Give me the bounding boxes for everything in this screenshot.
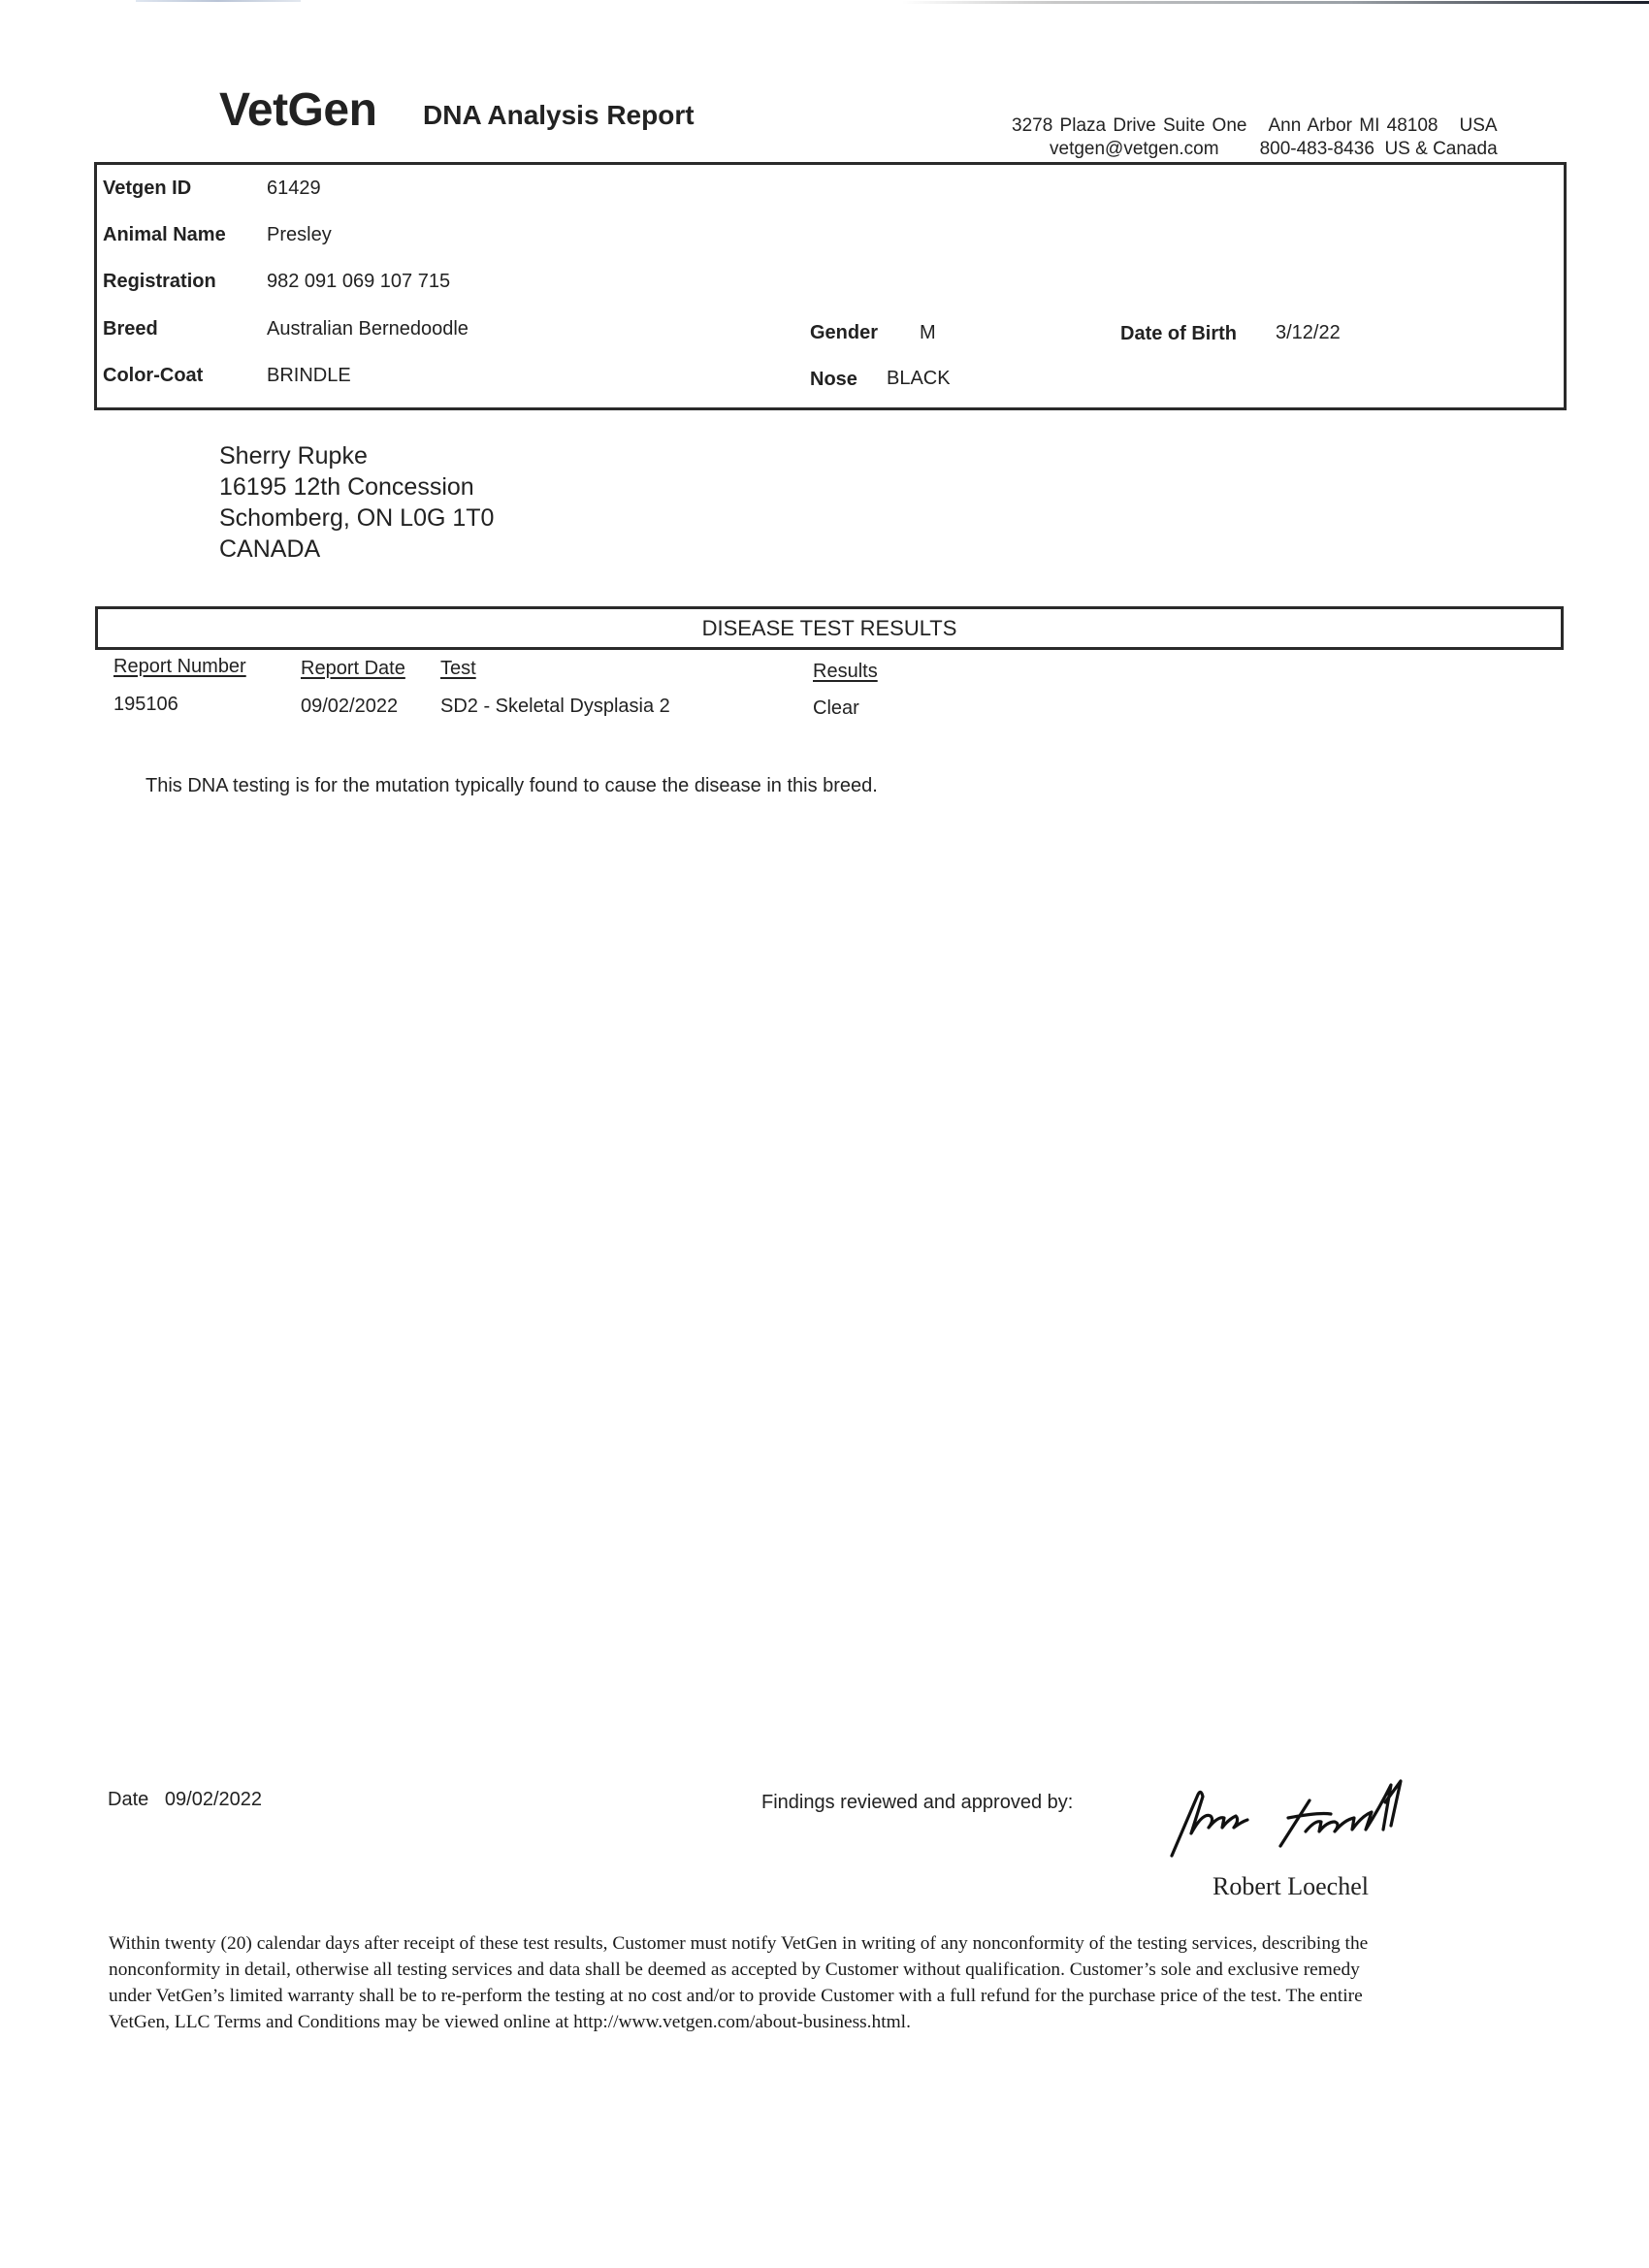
nose-value: BLACK (887, 368, 951, 390)
disease-results-title: DISEASE TEST RESULTS (702, 616, 957, 641)
company-email[interactable]: vetgen@vetgen.com (1050, 139, 1219, 159)
gender-label: Gender (810, 322, 878, 344)
col-header-results: Results (813, 661, 878, 683)
report-title: DNA Analysis Report (423, 100, 695, 131)
cell-report-number: 195106 (113, 694, 178, 716)
vetgen-id-label: Vetgen ID (103, 178, 191, 200)
company-address: 3278 Plaza Drive Suite OneAnn Arbor MI 4… (1012, 115, 1498, 137)
owner-country: CANADA (219, 534, 494, 565)
color-coat-label: Color-Coat (103, 365, 203, 387)
date-label: Date (108, 1789, 148, 1810)
col-header-report-date: Report Date (301, 658, 405, 680)
brand-logo: VetGen (219, 83, 376, 137)
dob-value: 3/12/22 (1276, 322, 1341, 344)
dob-label: Date of Birth (1120, 323, 1237, 345)
date-value: 09/02/2022 (165, 1789, 262, 1810)
address-city: Ann Arbor MI 48108 (1268, 115, 1438, 136)
cell-result: Clear (813, 697, 859, 720)
gender-value: M (920, 322, 936, 344)
address-country: USA (1459, 115, 1497, 136)
col-header-test: Test (440, 658, 476, 680)
terms-disclaimer: Within twenty (20) calendar days after r… (109, 1930, 1399, 2035)
scan-artifact (136, 0, 301, 2)
owner-street: 16195 12th Concession (219, 471, 494, 502)
owner-address: Sherry Rupke 16195 12th Concession Schom… (219, 440, 494, 565)
address-street: 3278 Plaza Drive Suite One (1012, 115, 1246, 136)
col-header-report-number: Report Number (113, 656, 246, 678)
signer-name: Robert Loechel (1212, 1872, 1369, 1901)
company-phone: 800-483-8436 (1260, 139, 1374, 159)
vetgen-id-value: 61429 (267, 178, 321, 200)
animal-name-label: Animal Name (103, 224, 226, 246)
disease-results-header: DISEASE TEST RESULTS (95, 606, 1564, 650)
scan-artifact (902, 1, 1649, 4)
nose-label: Nose (810, 369, 857, 391)
findings-label: Findings reviewed and approved by: (761, 1792, 1073, 1814)
signature-icon (1164, 1773, 1455, 1865)
owner-city: Schomberg, ON L0G 1T0 (219, 502, 494, 534)
report-date: Date 09/02/2022 (108, 1789, 262, 1811)
cell-report-date: 09/02/2022 (301, 696, 398, 718)
breed-value: Australian Bernedoodle (267, 318, 469, 340)
color-coat-value: BRINDLE (267, 365, 351, 387)
registration-value: 982 091 069 107 715 (267, 271, 450, 293)
animal-name-value: Presley (267, 224, 332, 246)
results-note: This DNA testing is for the mutation typ… (145, 775, 878, 797)
company-contact: vetgen@vetgen.com800-483-8436 US & Canad… (1050, 139, 1498, 160)
registration-label: Registration (103, 271, 216, 293)
breed-label: Breed (103, 318, 158, 340)
owner-name: Sherry Rupke (219, 440, 494, 471)
cell-test: SD2 - Skeletal Dysplasia 2 (440, 696, 670, 718)
phone-region: US & Canada (1384, 139, 1497, 159)
